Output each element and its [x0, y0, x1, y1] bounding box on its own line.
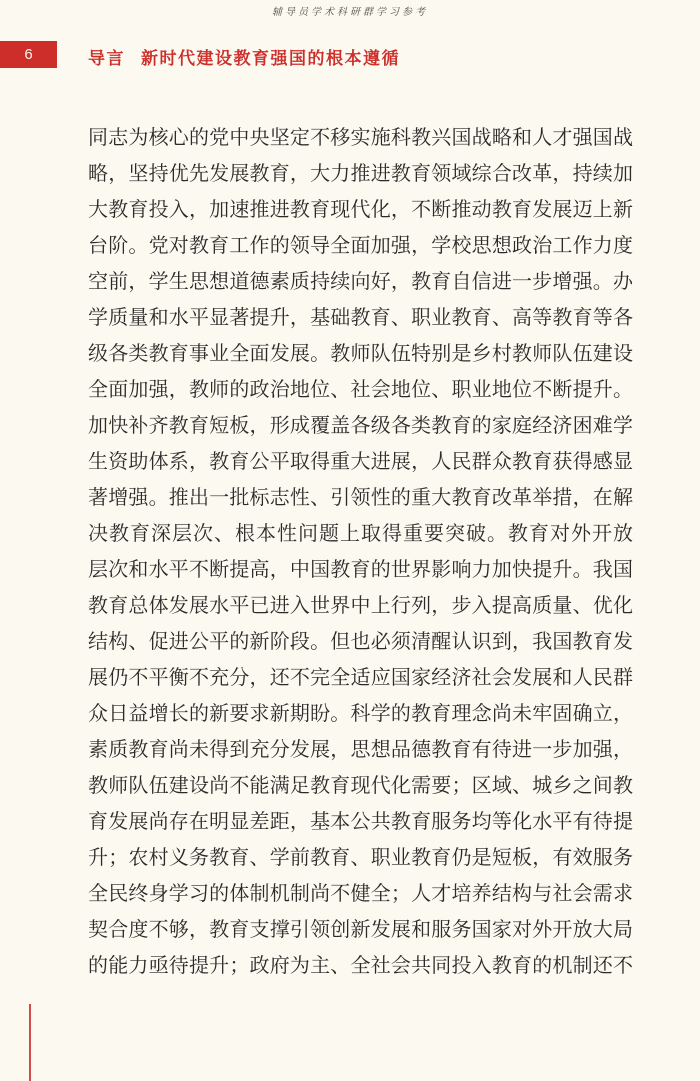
- page-number: 6: [24, 47, 32, 62]
- text-line: 略，坚持优先发展教育，大力推进教育领域综合改革，持续加: [88, 156, 633, 192]
- text-line: 级各类教育事业全面发展。教师队伍特别是乡村教师队伍建设: [88, 336, 633, 372]
- text-line: 空前，学生思想道德素质持续向好，教育自信进一步增强。办: [88, 264, 633, 300]
- text-line: 教育总体发展水平已进入世界中上行列，步入提高质量、优化: [88, 588, 633, 624]
- margin-rule: [29, 1004, 31, 1081]
- page-header: 6 导言新时代建设教育强国的根本遵循: [0, 41, 700, 69]
- chapter-heading: 导言新时代建设教育强国的根本遵循: [88, 44, 400, 69]
- text-line: 层次和水平不断提高，中国教育的世界影响力加快提升。我国: [88, 552, 633, 588]
- text-line: 结构、促进公平的新阶段。但也必须清醒认识到，我国教育发: [88, 624, 633, 660]
- text-line: 展仍不平衡不充分，还不完全适应国家经济社会发展和人民群: [88, 660, 633, 696]
- text-line: 全民终身学习的体制机制尚不健全；人才培养结构与社会需求: [88, 876, 633, 912]
- section-label: 导言: [88, 49, 125, 68]
- text-line: 升；农村义务教育、学前教育、职业教育仍是短板，有效服务: [88, 840, 633, 876]
- text-line: 同志为核心的党中央坚定不移实施科教兴国战略和人才强国战: [88, 120, 633, 156]
- text-line: 大教育投入，加速推进教育现代化，不断推动教育发展迈上新: [88, 192, 633, 228]
- page-number-tab: 6: [0, 41, 57, 68]
- running-head: 辅导员学术科研群学习参考: [0, 3, 700, 18]
- body-text: 同志为核心的党中央坚定不移实施科教兴国战略和人才强国战略，坚持优先发展教育，大力…: [88, 120, 633, 984]
- text-line: 台阶。党对教育工作的领导全面加强，学校思想政治工作力度: [88, 228, 633, 264]
- text-line: 决教育深层次、根本性问题上取得重要突破。教育对外开放: [88, 516, 633, 552]
- book-page: { "page": { "paper_color": "#fbf9f0", "a…: [0, 0, 700, 1081]
- text-line: 的能力亟待提升；政府为主、全社会共同投入教育的机制还不: [88, 948, 633, 984]
- text-line: 教师队伍建设尚不能满足教育现代化需要；区域、城乡之间教: [88, 768, 633, 804]
- text-line: 生资助体系，教育公平取得重大进展，人民群众教育获得感显: [88, 444, 633, 480]
- text-line: 全面加强，教师的政治地位、社会地位、职业地位不断提升。: [88, 372, 633, 408]
- text-line: 众日益增长的新要求新期盼。科学的教育理念尚未牢固确立，: [88, 696, 633, 732]
- text-line: 素质教育尚未得到充分发展，思想品德教育有待进一步加强，: [88, 732, 633, 768]
- text-line: 著增强。推出一批标志性、引领性的重大教育改革举措，在解: [88, 480, 633, 516]
- chapter-title: 新时代建设教育强国的根本遵循: [141, 49, 400, 68]
- text-line: 加快补齐教育短板，形成覆盖各级各类教育的家庭经济困难学: [88, 408, 633, 444]
- text-line: 育发展尚存在明显差距，基本公共教育服务均等化水平有待提: [88, 804, 633, 840]
- text-line: 契合度不够，教育支撑引领创新发展和服务国家对外开放大局: [88, 912, 633, 948]
- text-line: 学质量和水平显著提升，基础教育、职业教育、高等教育等各: [88, 300, 633, 336]
